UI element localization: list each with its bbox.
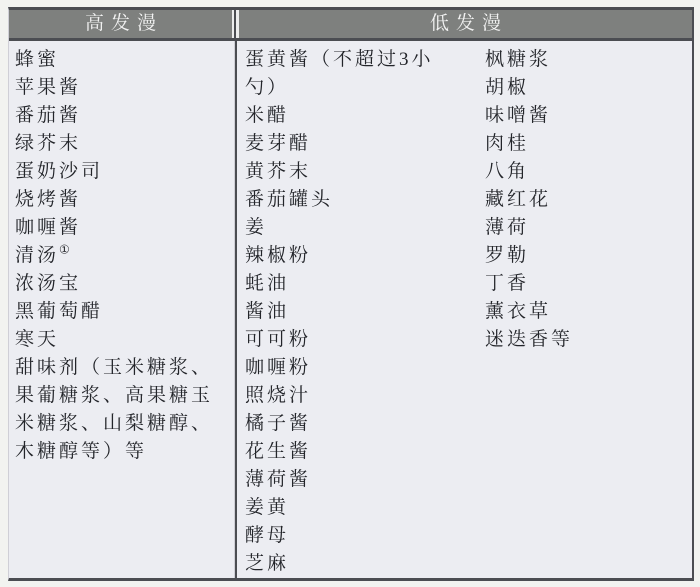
table-body: 蜂蜜苹果酱番茄酱绿芥末蛋奶沙司烧烤酱咖喱酱清汤①浓汤宝黑葡萄醋寒天甜味剂（玉米糖…	[9, 41, 692, 578]
list-item: 枫糖浆	[485, 46, 692, 74]
list-item: 番茄罐头	[245, 186, 450, 214]
list-item: 藏红花	[485, 186, 692, 214]
list-item: 可可粉	[245, 326, 450, 354]
list-item: 照烧汁	[245, 382, 450, 410]
list-item: 寒天	[15, 326, 224, 354]
list-item: 黄芥末	[245, 158, 450, 186]
list-item: 绿芥末	[15, 130, 224, 158]
list-item: 姜黄	[245, 494, 450, 522]
list-item: 蛋奶沙司	[15, 158, 224, 186]
list-item: 清汤①	[15, 242, 224, 270]
low-fodmap-sublist-2: 枫糖浆胡椒味噌酱肉桂八角藏红花薄荷罗勒丁香薰衣草迷迭香等	[485, 46, 692, 578]
list-item: 甜味剂（玉米糖浆、果葡糖浆、高果糖玉米糖浆、山梨糖醇、木糖醇等）等	[15, 354, 224, 466]
low-fodmap-sublist-1: 蛋黄酱（不超过3小勺）米醋麦芽醋黄芥末番茄罐头姜辣椒粉蚝油酱油可可粉咖喱粉照烧汁…	[237, 46, 485, 578]
list-item: 咖喱粉	[245, 354, 450, 382]
header-cell-low-fodmap: 低发漫	[239, 10, 692, 38]
list-item: 酵母	[245, 522, 450, 550]
list-item: 姜	[245, 214, 450, 242]
list-item: 苹果酱	[15, 74, 224, 102]
list-item: 橘子酱	[245, 410, 450, 438]
list-item: 花生酱	[245, 438, 450, 466]
list-item: 蚝油	[245, 270, 450, 298]
list-item: 蛋黄酱（不超过3小勺）	[245, 46, 450, 102]
list-item: 味噌酱	[485, 102, 692, 130]
list-item: 丁香	[485, 270, 692, 298]
list-item: 黑葡萄醋	[15, 298, 224, 326]
list-item: 酱油	[245, 298, 450, 326]
high-fodmap-column: 蜂蜜苹果酱番茄酱绿芥末蛋奶沙司烧烤酱咖喱酱清汤①浓汤宝黑葡萄醋寒天甜味剂（玉米糖…	[9, 41, 234, 578]
list-item: 薄荷	[485, 214, 692, 242]
list-item: 咖喱酱	[15, 214, 224, 242]
fodmap-table: 高发漫 低发漫 蜂蜜苹果酱番茄酱绿芥末蛋奶沙司烧烤酱咖喱酱清汤①浓汤宝黑葡萄醋寒…	[8, 7, 694, 581]
list-item: 胡椒	[485, 74, 692, 102]
header-cell-high-fodmap: 高发漫	[9, 10, 232, 38]
list-item: 薰衣草	[485, 298, 692, 326]
list-item: 浓汤宝	[15, 270, 224, 298]
list-item: 蜂蜜	[15, 46, 224, 74]
low-fodmap-column: 蛋黄酱（不超过3小勺）米醋麦芽醋黄芥末番茄罐头姜辣椒粉蚝油酱油可可粉咖喱粉照烧汁…	[237, 41, 692, 578]
list-item: 番茄酱	[15, 102, 224, 130]
list-item: 烧烤酱	[15, 186, 224, 214]
list-item: 迷迭香等	[485, 326, 692, 354]
list-item: 麦芽醋	[245, 130, 450, 158]
list-item: 罗勒	[485, 242, 692, 270]
list-item: 八角	[485, 158, 692, 186]
header-column-divider	[232, 10, 239, 38]
list-item: 薄荷酱	[245, 466, 450, 494]
footnote-marker: ①	[59, 243, 70, 257]
table-header-row: 高发漫 低发漫	[9, 10, 692, 41]
list-item: 芝麻	[245, 550, 450, 578]
list-item: 肉桂	[485, 130, 692, 158]
list-item: 辣椒粉	[245, 242, 450, 270]
list-item: 米醋	[245, 102, 450, 130]
